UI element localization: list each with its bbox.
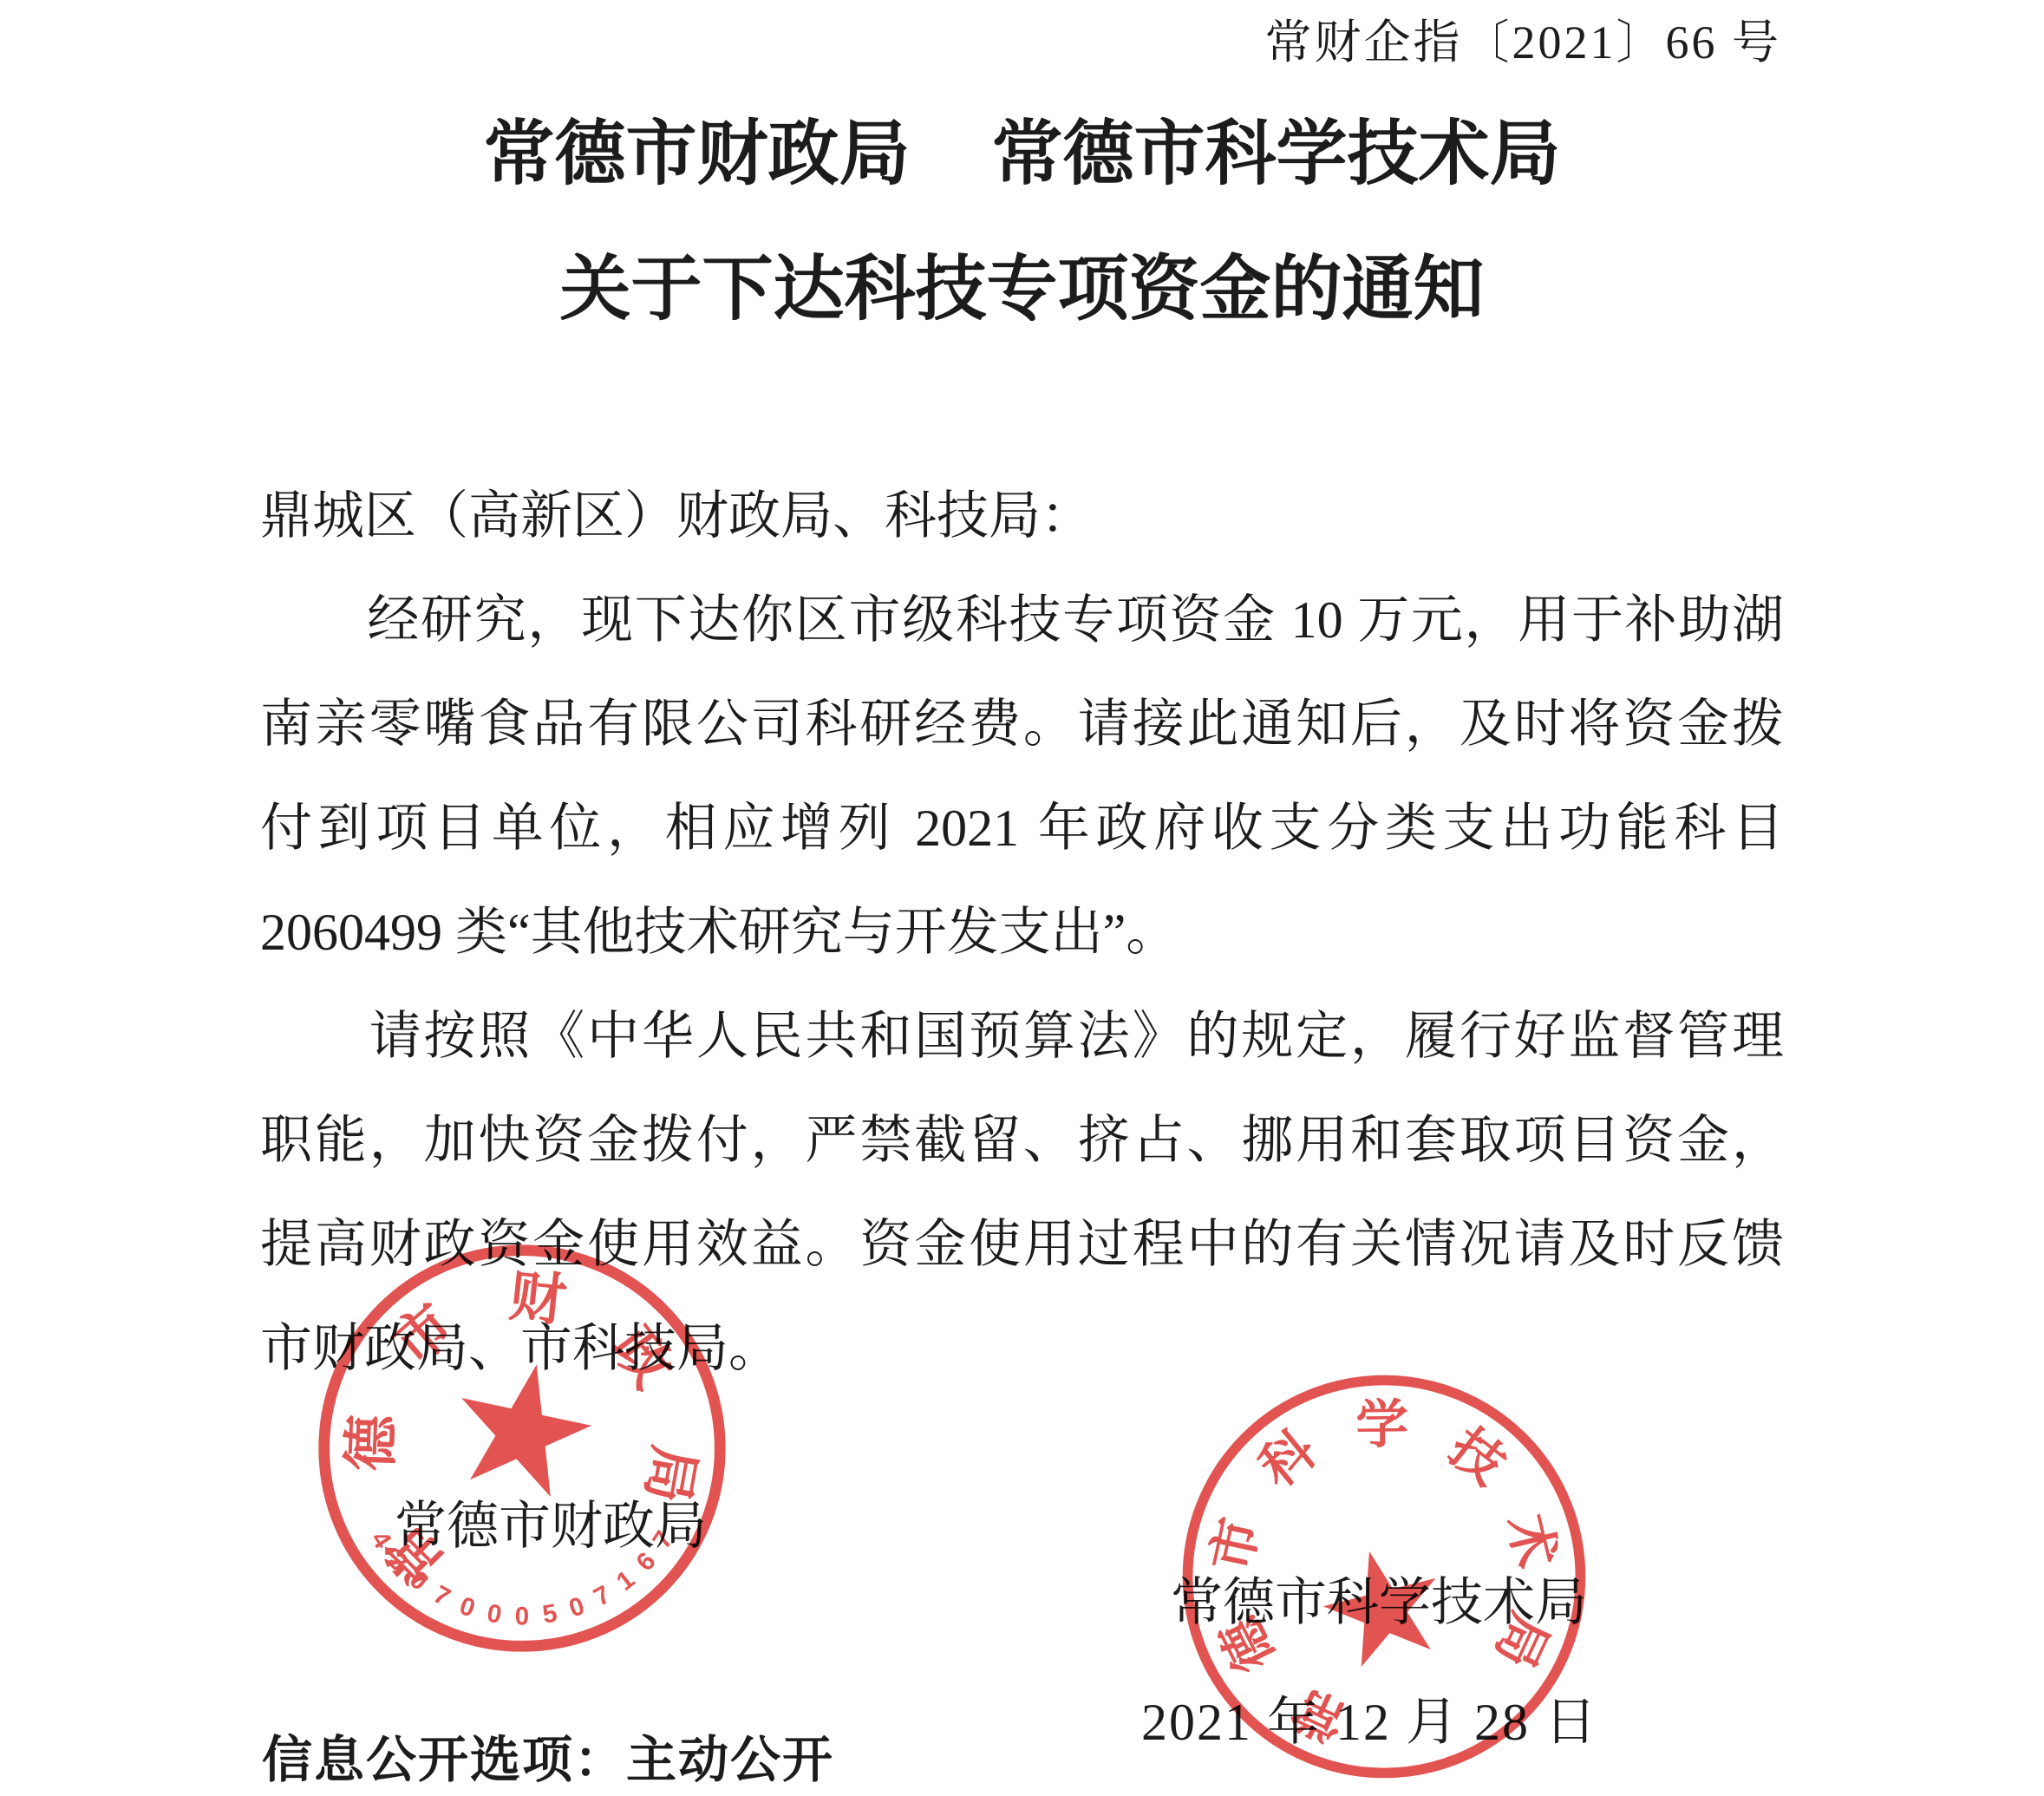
svg-text:局: 局: [635, 1441, 707, 1508]
finance-bureau-seal: 常德市财政局4307000507167: [309, 1235, 735, 1666]
title-issuer-science: 常德市科学技术局: [992, 114, 1561, 193]
svg-text:技: 技: [1439, 1417, 1517, 1496]
svg-text:1: 1: [611, 1565, 640, 1597]
svg-text:0: 0: [456, 1591, 479, 1623]
svg-text:7: 7: [647, 1526, 679, 1554]
body-line: 职能，加快资金拨付，严禁截留、挤占、挪用和套取项目资金，: [260, 1088, 1784, 1192]
title-issuer-finance: 常德市财政局: [483, 114, 910, 193]
body-line: 请按照《中华人民共和国预算法》的规定，履行好监督管理: [260, 984, 1784, 1088]
svg-text:财: 财: [506, 1264, 569, 1332]
scanned-official-notice: 常财企指〔2021〕66 号 常德市财政局常德市科学技术局 关于下达科技专项资金…: [0, 0, 2044, 1796]
svg-text:0: 0: [565, 1591, 588, 1623]
title-line-2: 关于下达科技专项资金的通知: [0, 222, 2044, 357]
svg-text:0: 0: [515, 1602, 529, 1630]
svg-text:科: 科: [1249, 1419, 1327, 1498]
document-number: 常财企指〔2021〕66 号: [1265, 5, 1782, 72]
svg-text:德: 德: [1209, 1607, 1285, 1682]
svg-text:学: 学: [1355, 1394, 1408, 1454]
title-line-1: 常德市财政局常德市科学技术局: [0, 87, 2044, 222]
body-line: 付到项目单位，相应增列 2021 年政府收支分类支出功能科目: [260, 776, 1784, 880]
svg-text:术: 术: [1498, 1508, 1567, 1573]
body-line: 经研究，现下达你区市级科技专项资金 10 万元，用于补助湖: [260, 568, 1784, 672]
svg-text:5: 5: [540, 1599, 559, 1629]
svg-text:7: 7: [589, 1580, 615, 1612]
body-line: 2060499 类“其他技术研究与开发支出”。: [260, 880, 1784, 984]
svg-text:7: 7: [428, 1580, 454, 1612]
body-line: 鼎城区（高新区）财政局、科技局：: [260, 464, 1784, 568]
body-line: 南亲零嘴食品有限公司科研经费。请接此通知后，及时将资金拨: [260, 672, 1784, 776]
science-tech-bureau-seal: 常德市科学技术局: [1172, 1365, 1596, 1793]
disclosure-option-note: 信息公开选项：主动公开: [262, 1719, 834, 1792]
svg-text:德: 德: [338, 1412, 403, 1473]
svg-text:0: 0: [485, 1599, 504, 1629]
svg-text:政: 政: [600, 1316, 684, 1399]
document-title: 常德市财政局常德市科学技术局 关于下达科技专项资金的通知: [0, 87, 2044, 357]
svg-text:6: 6: [630, 1547, 661, 1577]
svg-text:常: 常: [1283, 1677, 1356, 1753]
svg-text:局: 局: [1485, 1604, 1560, 1677]
svg-text:市: 市: [1201, 1512, 1270, 1576]
